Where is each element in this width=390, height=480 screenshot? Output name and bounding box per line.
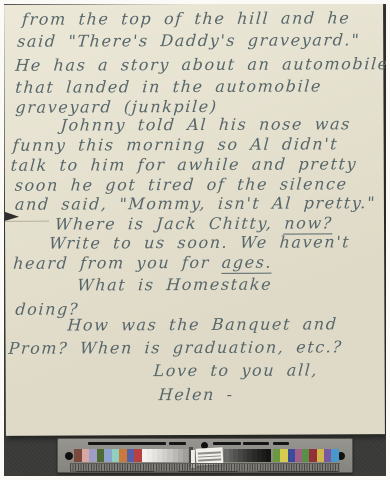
letter-line-16: How was the Banquet and	[67, 314, 338, 334]
color-patch	[82, 449, 90, 462]
color-patch	[89, 449, 97, 462]
color-patch	[266, 449, 271, 462]
color-patch	[309, 449, 316, 462]
color-patch	[280, 449, 287, 462]
letter-line-13: heard from you for ages.	[13, 253, 273, 273]
color-patch	[104, 449, 112, 462]
letter-line-5: graveyard (junkpile)	[15, 97, 218, 117]
color-calibration-ruler	[57, 438, 353, 473]
registration-mark	[243, 442, 269, 445]
color-patch	[317, 449, 324, 462]
color-patch	[127, 449, 135, 462]
color-patch	[134, 449, 142, 462]
letter-line-2: said "There's Daddy's graveyard."	[17, 30, 361, 51]
registration-mark	[273, 442, 289, 445]
color-patch	[112, 449, 120, 462]
color-patch	[302, 449, 309, 462]
color-patch	[288, 449, 295, 462]
color-patch	[97, 449, 105, 462]
letter-line-11: Where is Jack Chitty, now?	[54, 213, 333, 233]
letter-line-12: Write to us soon. We haven't	[48, 232, 350, 252]
letter-line-7: funny this morning so Al didn't	[12, 134, 339, 154]
letter-line-14: What is Homestake	[77, 275, 273, 295]
letter-line-6: Johnny told Al his nose was	[60, 114, 352, 134]
left-color-patches	[74, 449, 142, 462]
registration-mark	[169, 442, 186, 445]
color-patch	[295, 449, 302, 462]
ruler-fine-print	[178, 471, 238, 473]
color-patch	[74, 449, 82, 462]
letter-line-3: He has a story about an automobile	[15, 54, 390, 75]
letter-line-13-text: heard from you for	[13, 253, 223, 273]
letter-closing: Love to you all,	[153, 360, 319, 380]
letter-line-10: and said, "Mommy, isn't Al pretty."	[14, 193, 376, 214]
gray-scale-dark	[224, 449, 271, 462]
ruler-fine-print	[258, 471, 338, 473]
registration-mark	[213, 442, 241, 445]
letter-line-4: that landed in the automobile	[15, 76, 323, 96]
letter-line-13-underlined-word: ages.	[221, 253, 273, 274]
color-patch	[119, 449, 127, 462]
color-patch	[324, 449, 331, 462]
color-patch	[331, 449, 338, 462]
letter-line-9: soon he got tired of the silence	[14, 174, 348, 194]
registration-mark	[88, 442, 166, 445]
letter-line-17: Prom? When is graduation, etc.?	[8, 337, 343, 357]
right-color-patches	[273, 449, 339, 462]
gray-scale-light	[142, 449, 193, 462]
letter-line-8: talk to him for awhile and pretty	[10, 154, 358, 175]
letter-line-11-text: Where is Jack Chitty,	[54, 214, 285, 234]
color-patch	[273, 449, 280, 462]
paper-crease	[5, 221, 49, 222]
letter-page: from the top of the hill and he said "Th…	[4, 3, 385, 436]
letter-signature: Helen -	[158, 385, 234, 404]
letter-line-1: from the top of the hill and he	[22, 8, 352, 28]
scan-background: from the top of the hill and he said "Th…	[4, 4, 386, 476]
ruler-fine-print	[76, 471, 154, 473]
scanned-letter-frame: from the top of the hill and he said "Th…	[0, 0, 390, 480]
